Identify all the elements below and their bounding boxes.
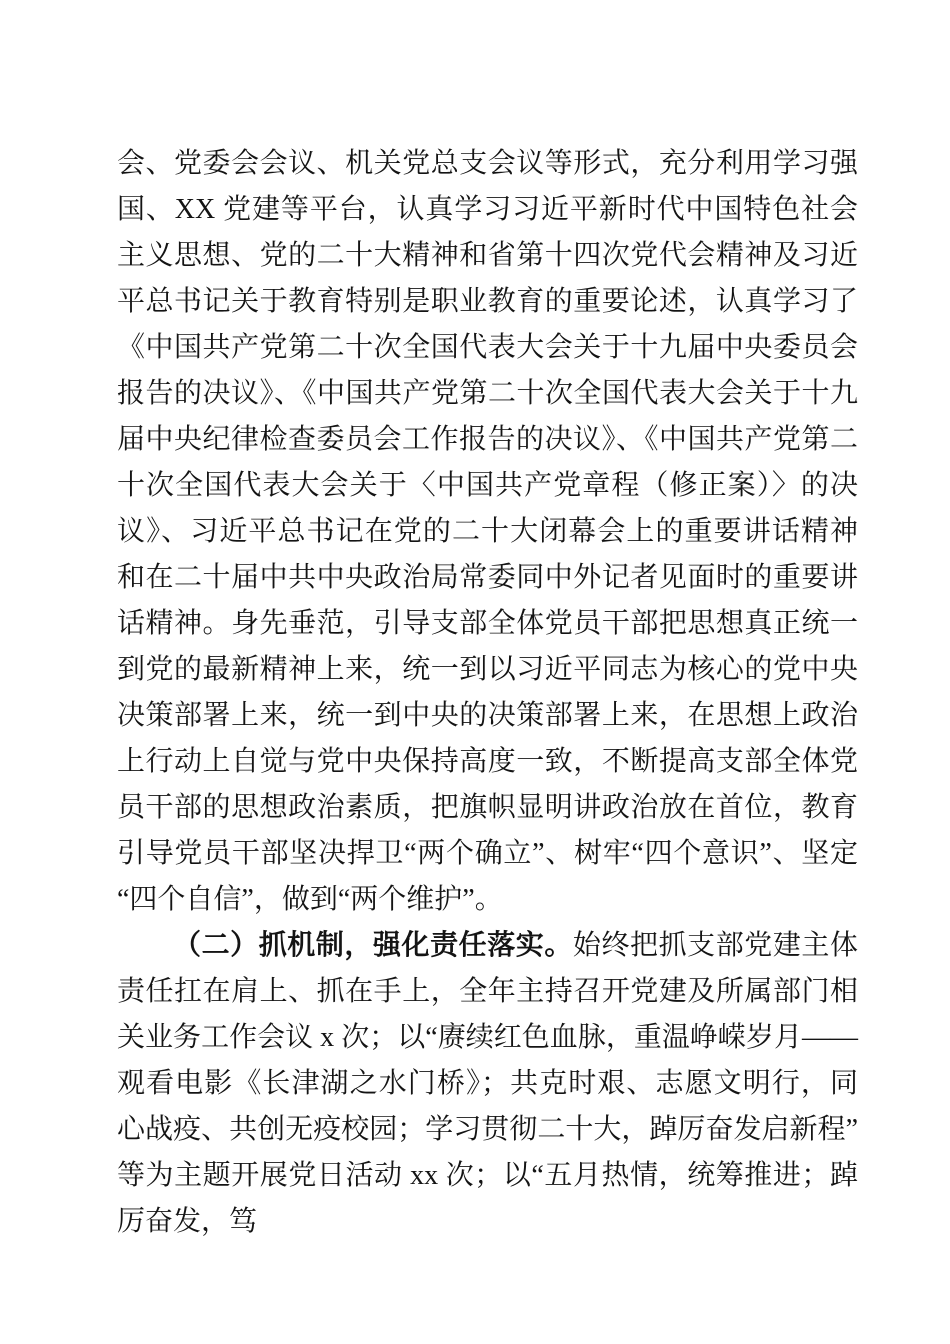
paragraph-section-2: （二）抓机制，强化责任落实。始终把抓支部党建主体责任扛在肩上、抓在手上，全年主持… <box>117 923 858 1245</box>
section-2-heading-lead: （二）抓机制，强化责任落实。 <box>173 930 573 961</box>
document-page: 会、党委会会议、机关党总支会议等形式，充分利用学习强国、XX 党建等平台，认真学… <box>0 0 950 1344</box>
paragraph-section-2-text: 始终把抓支部党建主体责任扛在肩上、抓在手上，全年主持召开党建及所属部门相关业务工… <box>117 930 858 1237</box>
paragraph-continuation-text: 会、党委会会议、机关党总支会议等形式，充分利用学习强国、XX 党建等平台，认真学… <box>117 148 858 915</box>
document-text-block: 会、党委会会议、机关党总支会议等形式，充分利用学习强国、XX 党建等平台，认真学… <box>117 141 858 1245</box>
paragraph-continuation: 会、党委会会议、机关党总支会议等形式，充分利用学习强国、XX 党建等平台，认真学… <box>117 141 858 923</box>
